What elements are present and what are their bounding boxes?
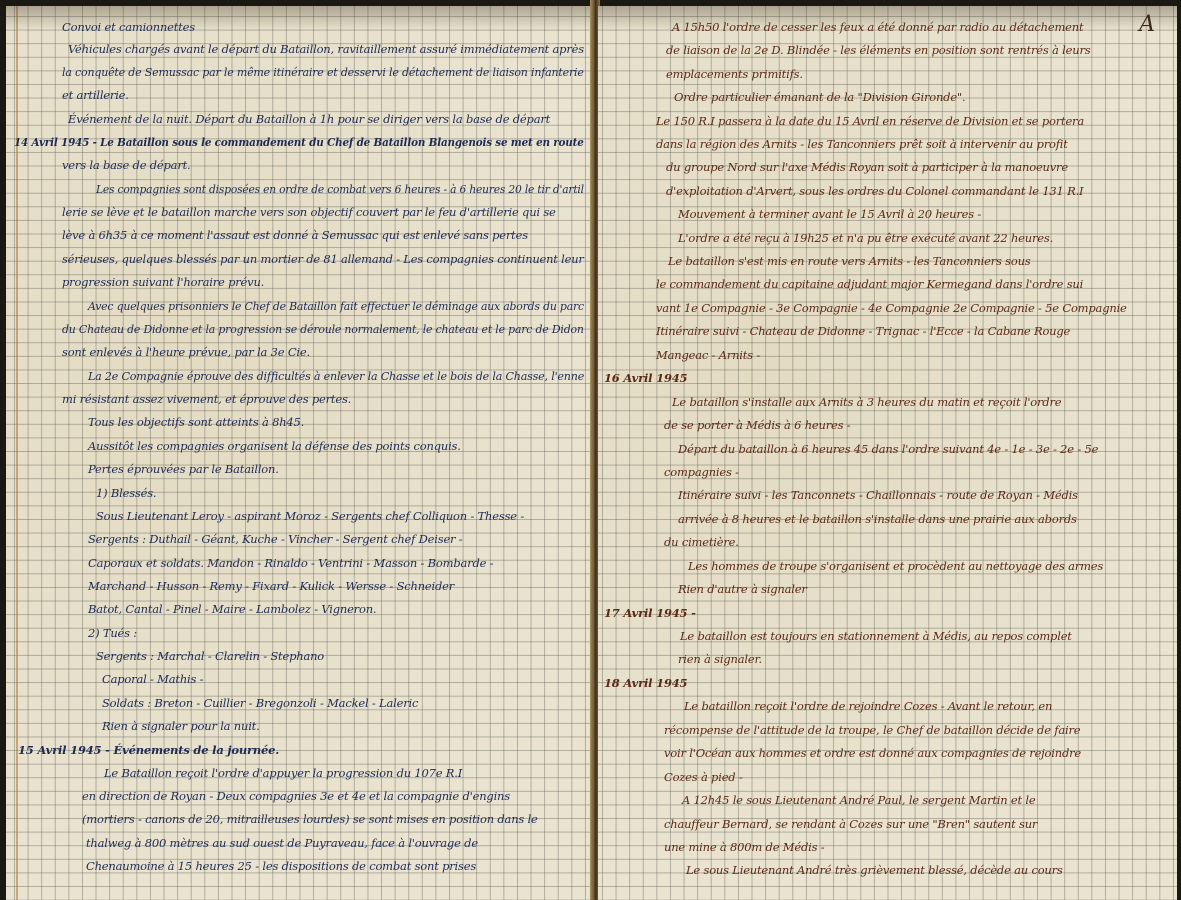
diary-text-line: Le bataillon reçoit l'ordre de rejoindre… [684, 699, 1052, 713]
diary-text-line: Sous Lieutenant Leroy - aspirant Moroz -… [96, 509, 524, 523]
diary-text-line: vers la base de départ. [62, 158, 191, 172]
diary-text-line: Le sous Lieutenant André très grièvement… [686, 863, 1063, 877]
diary-text-line: vant 1e Compagnie - 3e Compagnie - 4e Co… [656, 301, 1127, 315]
diary-text-line: une mine à 800m de Médis - [664, 840, 824, 854]
diary-text-line: Rien d'autre à signaler [678, 582, 807, 596]
diary-text-line: lève à 6h35 à ce moment l'assaut est don… [62, 228, 528, 242]
diary-text-line: Événement de la nuit. Départ du Bataillo… [68, 112, 550, 126]
right-page: A A 15h50 l'ordre de cesser les feux a é… [598, 6, 1177, 900]
diary-text-line: A 15h50 l'ordre de cesser les feux a été… [672, 20, 1083, 34]
diary-date-entry: 14 Avril 1945 - Le Bataillon sous le com… [14, 135, 584, 149]
diary-text-line: Les hommes de troupe s'organisent et pro… [688, 559, 1103, 573]
diary-text-line: Mangeac - Arnits - [656, 348, 760, 362]
diary-text-line: Aussitôt les compagnies organisent la dé… [88, 439, 461, 453]
diary-text-line: rien à signaler. [678, 652, 762, 666]
diary-text-line: 1) Blessés. [96, 486, 156, 500]
diary-text-line: Soldats : Breton - Cuillier - Bregonzoli… [102, 696, 418, 710]
diary-text-line: chauffeur Bernard, se rendant à Cozes su… [664, 817, 1037, 831]
diary-text-line: du Chateau de Didonne et la progression … [62, 322, 584, 336]
diary-text-line: Véhicules chargés avant le départ du Bat… [68, 42, 584, 56]
diary-text-line: Marchand - Husson - Remy - Fixard - Kuli… [88, 579, 454, 593]
diary-text-line: de se porter à Médis à 6 heures - [664, 418, 851, 432]
diary-text-line: d'exploitation d'Arvert, sous les ordres… [666, 184, 1083, 198]
diary-text-line: Sergents : Marchal - Clarelin - Stephano [96, 649, 324, 663]
diary-text-line: et artillerie. [62, 88, 129, 102]
diary-text-line: A 12h45 le sous Lieutenant André Paul, l… [682, 793, 1035, 807]
diary-text-line: du groupe Nord sur l'axe Médis Royan soi… [666, 160, 1068, 174]
diary-text-line: progression suivant l'horaire prévu. [62, 275, 264, 289]
diary-text-line: en direction de Royan - Deux compagnies … [82, 789, 510, 803]
diary-text-line: (mortiers - canons de 20, mitrailleuses … [82, 812, 538, 826]
diary-text-line: La 2e Compagnie éprouve des difficultés … [88, 369, 584, 383]
diary-text-line: Le bataillon est toujours en stationneme… [680, 629, 1072, 643]
diary-text-line: emplacements primitifs. [666, 67, 803, 81]
diary-date-entry: 17 Avril 1945 - [604, 606, 696, 620]
diary-text-line: Cozes à pied - [664, 770, 743, 784]
diary-text-line: voir l'Océan aux hommes et ordre est don… [664, 746, 1081, 760]
diary-text-line: arrivée à 8 heures et le bataillon s'ins… [678, 512, 1077, 526]
diary-text-line: thalweg à 800 mètres au sud ouest de Puy… [86, 836, 478, 850]
diary-text-line: Pertes éprouvées par le Bataillon. [88, 462, 279, 476]
diary-text-line: Départ du bataillon à 6 heures 45 dans l… [678, 442, 1098, 456]
left-page: Convoi et camionnettesVéhicules chargés … [6, 6, 592, 900]
diary-text-line: de liaison de la 2e D. Blindée - les élé… [666, 43, 1090, 57]
diary-text-line: Le bataillon s'est mis en route vers Arn… [668, 254, 1030, 268]
diary-date-entry: 15 Avril 1945 - Événements de la journée… [18, 743, 279, 757]
diary-text-line: Tous les objectifs sont atteints à 8h45. [88, 415, 304, 429]
diary-text-line: 2) Tués : [88, 626, 137, 640]
diary-text-line: Itinéraire suivi - les Tanconnets - Chai… [678, 488, 1078, 502]
diary-date-entry: 18 Avril 1945 [604, 676, 687, 690]
diary-text-line: compagnies - [664, 465, 739, 479]
diary-text-line: Batot, Cantal - Pinel - Maire - Lambolez… [88, 602, 376, 616]
diary-text-line: mi résistant assez vivement, et éprouve … [62, 392, 351, 406]
notebook-spread: Convoi et camionnettesVéhicules chargés … [0, 0, 1181, 900]
diary-text-line: Le bataillon s'installe aux Arnits à 3 h… [672, 395, 1061, 409]
diary-text-line: récompense de l'attitude de la troupe, l… [664, 723, 1080, 737]
diary-text-line: sérieuses, quelques blessés par un morti… [62, 252, 584, 266]
diary-text-line: la conquête de Semussac par le même itin… [62, 65, 584, 79]
diary-text-line: Rien à signaler pour la nuit. [102, 719, 260, 733]
diary-text-line: Convoi et camionnettes [62, 20, 195, 34]
diary-text-line: Caporaux et soldats. Mandon - Rinaldo - … [88, 556, 493, 570]
diary-text-line: du cimetière. [664, 535, 739, 549]
diary-text-line: dans la région des Arnits - les Tanconni… [656, 137, 1068, 151]
diary-text-line: Mouvement à terminer avant le 15 Avril à… [678, 207, 981, 221]
diary-text-line: Avec quelques prisonniers le Chef de Bat… [88, 299, 584, 313]
diary-text-line: lerie se lève et le bataillon marche ver… [62, 205, 556, 219]
diary-text-line: Caporal - Mathis - [102, 672, 203, 686]
diary-text-line: Les compagnies sont disposées en ordre d… [96, 182, 584, 196]
diary-date-entry: 16 Avril 1945 [604, 371, 687, 385]
diary-text-line: sont enlevés à l'heure prévue, par la 3e… [62, 345, 310, 359]
page-number: A [1139, 12, 1155, 37]
diary-text-line: Le 150 R.I passera à la date du 15 Avril… [656, 114, 1084, 128]
diary-text-line: Ordre particulier émanant de la "Divisio… [674, 90, 965, 104]
diary-text-line: Chenaumoine à 15 heures 25 - les disposi… [86, 859, 476, 873]
diary-text-line: L'ordre a été reçu à 19h25 et n'a pu êtr… [678, 231, 1053, 245]
diary-text-line: Le Bataillon reçoit l'ordre d'appuyer la… [104, 766, 462, 780]
diary-text-line: Itinéraire suivi - Chateau de Didonne - … [656, 324, 1070, 338]
diary-text-line: Sergents : Duthail - Géant, Kuche - Vinc… [88, 532, 463, 546]
diary-text-line: le commandement du capitaine adjudant ma… [656, 277, 1083, 291]
